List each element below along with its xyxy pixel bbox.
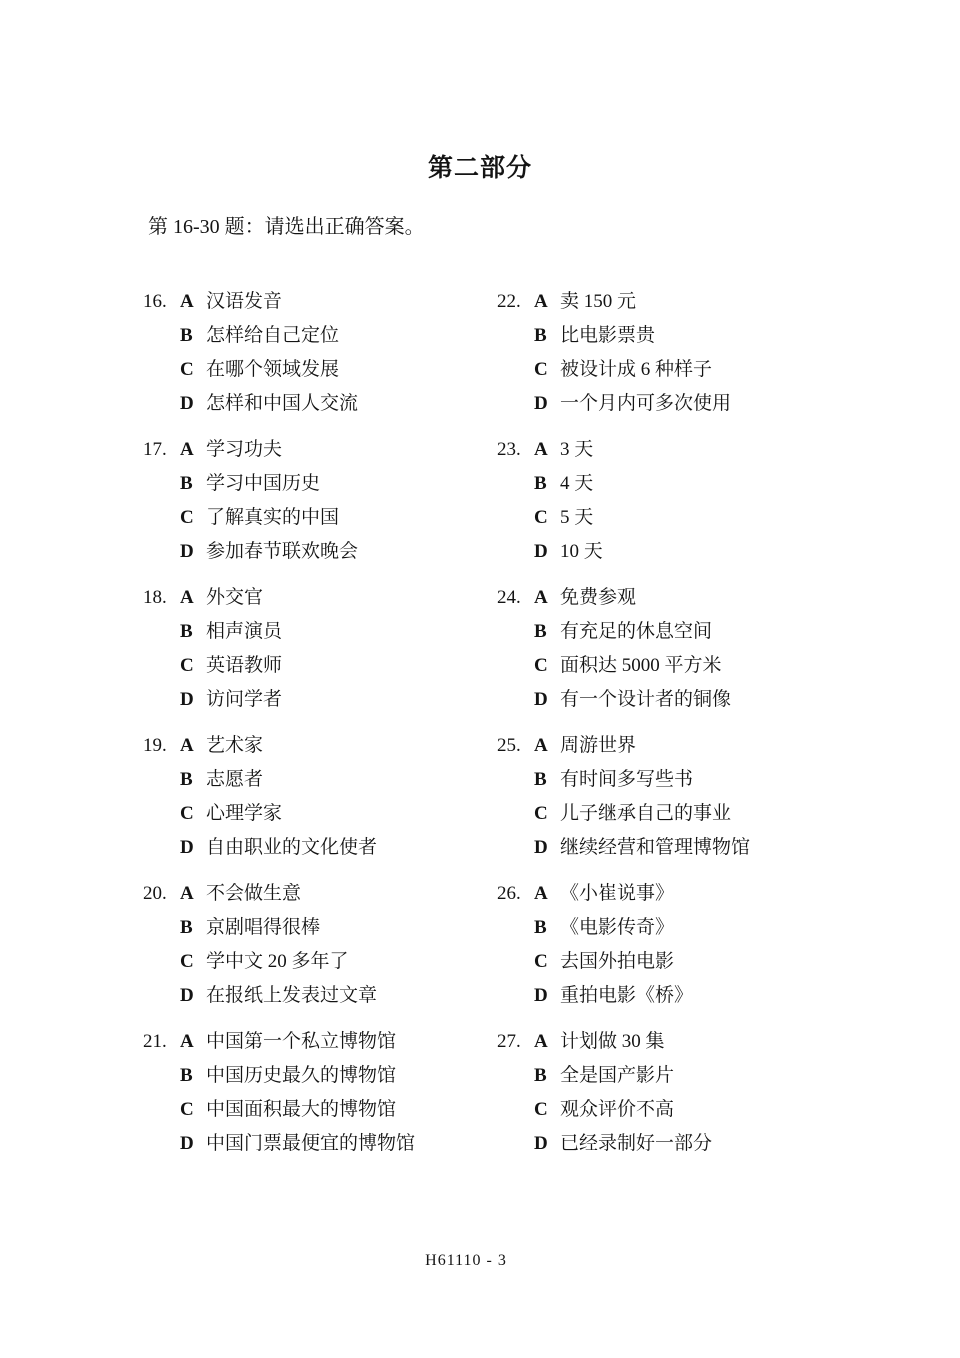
option-letter: A bbox=[180, 729, 206, 763]
option-letter: B bbox=[534, 911, 560, 945]
option-letter: D bbox=[534, 387, 560, 421]
section-title: 第二部分 bbox=[0, 0, 960, 184]
question-19: 19.A艺术家B志愿者C心理学家D自由职业的文化使者 bbox=[143, 729, 497, 865]
question-number bbox=[497, 467, 534, 501]
option-line: B志愿者 bbox=[143, 763, 497, 797]
question-21: 21.A中国第一个私立博物馆B中国历史最久的博物馆C中国面积最大的博物馆D中国门… bbox=[143, 1025, 497, 1161]
option-line: D继续经营和管理博物馆 bbox=[497, 831, 960, 865]
option-letter: A bbox=[534, 433, 560, 467]
question-number: 20. bbox=[143, 877, 180, 911]
option-text: 有时间多写些书 bbox=[560, 763, 693, 797]
option-letter: C bbox=[180, 649, 206, 683]
option-line: C中国面积最大的博物馆 bbox=[143, 1093, 497, 1127]
exam-page: 第二部分 第 16-30 题：请选出正确答案。 16.A汉语发音B怎样给自己定位… bbox=[0, 0, 960, 1358]
option-line: D一个月内可多次使用 bbox=[497, 387, 960, 421]
option-text: 中国门票最便宜的博物馆 bbox=[206, 1127, 415, 1161]
option-line: C观众评价不高 bbox=[497, 1093, 960, 1127]
option-line: B怎样给自己定位 bbox=[143, 319, 497, 353]
option-text: 志愿者 bbox=[206, 763, 263, 797]
question-number bbox=[143, 467, 180, 501]
option-letter: D bbox=[180, 683, 206, 717]
option-line: B学习中国历史 bbox=[143, 467, 497, 501]
option-line: 20.A不会做生意 bbox=[143, 877, 497, 911]
option-line: 27.A计划做 30 集 bbox=[497, 1025, 960, 1059]
option-letter: A bbox=[180, 1025, 206, 1059]
option-text: 5 天 bbox=[560, 501, 593, 535]
option-letter: A bbox=[534, 285, 560, 319]
option-line: D自由职业的文化使者 bbox=[143, 831, 497, 865]
question-number: 26. bbox=[497, 877, 534, 911]
question-number bbox=[497, 763, 534, 797]
option-text: 中国第一个私立博物馆 bbox=[206, 1025, 396, 1059]
question-number bbox=[497, 501, 534, 535]
option-letter: B bbox=[534, 763, 560, 797]
question-number: 18. bbox=[143, 581, 180, 615]
option-letter: D bbox=[180, 831, 206, 865]
option-text: 怎样和中国人交流 bbox=[206, 387, 358, 421]
questions-column-right: 22.A卖 150 元B比电影票贵C被设计成 6 种样子D一个月内可多次使用23… bbox=[497, 285, 960, 1173]
option-text: 4 天 bbox=[560, 467, 593, 501]
option-line: C了解真实的中国 bbox=[143, 501, 497, 535]
question-number: 21. bbox=[143, 1025, 180, 1059]
option-text: 心理学家 bbox=[206, 797, 282, 831]
option-line: B京剧唱得很棒 bbox=[143, 911, 497, 945]
question-number: 19. bbox=[143, 729, 180, 763]
option-text: 继续经营和管理博物馆 bbox=[560, 831, 750, 865]
option-text: 访问学者 bbox=[206, 683, 282, 717]
option-line: 21.A中国第一个私立博物馆 bbox=[143, 1025, 497, 1059]
question-number bbox=[497, 1127, 534, 1161]
option-line: B相声演员 bbox=[143, 615, 497, 649]
question-number bbox=[143, 945, 180, 979]
option-line: D有一个设计者的铜像 bbox=[497, 683, 960, 717]
option-line: C学中文 20 多年了 bbox=[143, 945, 497, 979]
question-27: 27.A计划做 30 集B全是国产影片C观众评价不高D已经录制好一部分 bbox=[497, 1025, 960, 1161]
option-line: B4 天 bbox=[497, 467, 960, 501]
option-text: 艺术家 bbox=[206, 729, 263, 763]
question-number bbox=[143, 319, 180, 353]
option-letter: A bbox=[180, 877, 206, 911]
option-text: 学习功夫 bbox=[206, 433, 282, 467]
question-16: 16.A汉语发音B怎样给自己定位C在哪个领域发展D怎样和中国人交流 bbox=[143, 285, 497, 421]
option-text: 被设计成 6 种样子 bbox=[560, 353, 712, 387]
option-text: 周游世界 bbox=[560, 729, 636, 763]
option-line: B中国历史最久的博物馆 bbox=[143, 1059, 497, 1093]
option-text: 已经录制好一部分 bbox=[560, 1127, 712, 1161]
question-number bbox=[143, 649, 180, 683]
question-number bbox=[143, 1059, 180, 1093]
option-letter: C bbox=[534, 1093, 560, 1127]
option-letter: D bbox=[180, 387, 206, 421]
question-24: 24.A免费参观B有充足的休息空间C面积达 5000 平方米D有一个设计者的铜像 bbox=[497, 581, 960, 717]
option-line: C英语教师 bbox=[143, 649, 497, 683]
option-letter: A bbox=[534, 581, 560, 615]
option-text: 怎样给自己定位 bbox=[206, 319, 339, 353]
question-number bbox=[497, 1059, 534, 1093]
option-text: 英语教师 bbox=[206, 649, 282, 683]
question-25: 25.A周游世界B有时间多写些书C儿子继承自己的事业D继续经营和管理博物馆 bbox=[497, 729, 960, 865]
option-text: 学习中国历史 bbox=[206, 467, 320, 501]
option-line: C儿子继承自己的事业 bbox=[497, 797, 960, 831]
question-number: 22. bbox=[497, 285, 534, 319]
option-line: C在哪个领域发展 bbox=[143, 353, 497, 387]
option-text: 了解真实的中国 bbox=[206, 501, 339, 535]
option-letter: D bbox=[180, 979, 206, 1013]
option-letter: C bbox=[534, 797, 560, 831]
question-number bbox=[497, 979, 534, 1013]
option-line: 16.A汉语发音 bbox=[143, 285, 497, 319]
option-text: 卖 150 元 bbox=[560, 285, 636, 319]
option-text: 计划做 30 集 bbox=[560, 1025, 665, 1059]
question-number: 16. bbox=[143, 285, 180, 319]
option-text: 中国历史最久的博物馆 bbox=[206, 1059, 396, 1093]
option-text: 外交官 bbox=[206, 581, 263, 615]
option-line: B有充足的休息空间 bbox=[497, 615, 960, 649]
question-18: 18.A外交官B相声演员C英语教师D访问学者 bbox=[143, 581, 497, 717]
question-20: 20.A不会做生意B京剧唱得很棒C学中文 20 多年了D在报纸上发表过文章 bbox=[143, 877, 497, 1013]
question-number bbox=[143, 763, 180, 797]
option-letter: C bbox=[180, 945, 206, 979]
question-number bbox=[497, 649, 534, 683]
option-letter: D bbox=[534, 831, 560, 865]
option-text: 全是国产影片 bbox=[560, 1059, 674, 1093]
option-line: B《电影传奇》 bbox=[497, 911, 960, 945]
option-line: D怎样和中国人交流 bbox=[143, 387, 497, 421]
option-letter: D bbox=[180, 1127, 206, 1161]
option-line: D参加春节联欢晚会 bbox=[143, 535, 497, 569]
question-number bbox=[497, 387, 534, 421]
question-number bbox=[143, 797, 180, 831]
option-letter: C bbox=[180, 501, 206, 535]
question-number: 25. bbox=[497, 729, 534, 763]
option-letter: A bbox=[534, 1025, 560, 1059]
option-line: 26.A《小崔说事》 bbox=[497, 877, 960, 911]
option-line: B全是国产影片 bbox=[497, 1059, 960, 1093]
question-number bbox=[497, 831, 534, 865]
option-line: D已经录制好一部分 bbox=[497, 1127, 960, 1161]
option-text: 面积达 5000 平方米 bbox=[560, 649, 722, 683]
option-letter: B bbox=[534, 319, 560, 353]
option-letter: C bbox=[534, 649, 560, 683]
option-text: 一个月内可多次使用 bbox=[560, 387, 731, 421]
option-letter: D bbox=[534, 1127, 560, 1161]
question-number bbox=[497, 535, 534, 569]
question-number bbox=[497, 1093, 534, 1127]
option-letter: C bbox=[534, 945, 560, 979]
option-text: 免费参观 bbox=[560, 581, 636, 615]
option-letter: B bbox=[180, 615, 206, 649]
option-line: D10 天 bbox=[497, 535, 960, 569]
option-letter: B bbox=[180, 319, 206, 353]
option-line: 18.A外交官 bbox=[143, 581, 497, 615]
question-number bbox=[143, 501, 180, 535]
question-number bbox=[143, 1127, 180, 1161]
question-number bbox=[497, 683, 534, 717]
option-letter: B bbox=[534, 1059, 560, 1093]
question-number bbox=[497, 319, 534, 353]
option-text: 汉语发音 bbox=[206, 285, 282, 319]
option-line: 23.A3 天 bbox=[497, 433, 960, 467]
option-letter: C bbox=[534, 501, 560, 535]
question-number bbox=[143, 535, 180, 569]
option-letter: C bbox=[180, 1093, 206, 1127]
option-text: 观众评价不高 bbox=[560, 1093, 674, 1127]
option-letter: B bbox=[534, 615, 560, 649]
question-23: 23.A3 天B4 天C5 天D10 天 bbox=[497, 433, 960, 569]
question-number bbox=[143, 831, 180, 865]
option-text: 在哪个领域发展 bbox=[206, 353, 339, 387]
option-text: 不会做生意 bbox=[206, 877, 301, 911]
option-letter: A bbox=[180, 581, 206, 615]
option-letter: A bbox=[180, 433, 206, 467]
page-footer-code: H61110 - 3 bbox=[0, 1252, 960, 1270]
option-line: 22.A卖 150 元 bbox=[497, 285, 960, 319]
option-text: 参加春节联欢晚会 bbox=[206, 535, 358, 569]
option-text: 自由职业的文化使者 bbox=[206, 831, 377, 865]
option-line: C面积达 5000 平方米 bbox=[497, 649, 960, 683]
question-number bbox=[497, 615, 534, 649]
option-text: 重拍电影《桥》 bbox=[560, 979, 693, 1013]
question-17: 17.A学习功夫B学习中国历史C了解真实的中国D参加春节联欢晚会 bbox=[143, 433, 497, 569]
question-number bbox=[497, 945, 534, 979]
option-line: C去国外拍电影 bbox=[497, 945, 960, 979]
question-number bbox=[143, 979, 180, 1013]
option-text: 京剧唱得很棒 bbox=[206, 911, 320, 945]
option-line: C5 天 bbox=[497, 501, 960, 535]
option-line: C心理学家 bbox=[143, 797, 497, 831]
option-letter: D bbox=[534, 535, 560, 569]
option-letter: D bbox=[534, 979, 560, 1013]
question-number bbox=[497, 797, 534, 831]
option-text: 10 天 bbox=[560, 535, 603, 569]
option-letter: C bbox=[180, 353, 206, 387]
option-letter: C bbox=[534, 353, 560, 387]
option-line: 17.A学习功夫 bbox=[143, 433, 497, 467]
option-line: D重拍电影《桥》 bbox=[497, 979, 960, 1013]
question-number: 17. bbox=[143, 433, 180, 467]
option-text: 3 天 bbox=[560, 433, 593, 467]
option-letter: C bbox=[180, 797, 206, 831]
question-number: 23. bbox=[497, 433, 534, 467]
option-text: 儿子继承自己的事业 bbox=[560, 797, 731, 831]
option-line: D访问学者 bbox=[143, 683, 497, 717]
question-number bbox=[143, 1093, 180, 1127]
option-text: 中国面积最大的博物馆 bbox=[206, 1093, 396, 1127]
option-text: 学中文 20 多年了 bbox=[206, 945, 349, 979]
option-text: 比电影票贵 bbox=[560, 319, 655, 353]
option-text: 在报纸上发表过文章 bbox=[206, 979, 377, 1013]
option-letter: B bbox=[180, 763, 206, 797]
option-line: 19.A艺术家 bbox=[143, 729, 497, 763]
option-line: D中国门票最便宜的博物馆 bbox=[143, 1127, 497, 1161]
option-letter: B bbox=[180, 911, 206, 945]
option-text: 《电影传奇》 bbox=[560, 911, 674, 945]
question-number bbox=[143, 615, 180, 649]
option-line: B有时间多写些书 bbox=[497, 763, 960, 797]
option-text: 有一个设计者的铜像 bbox=[560, 683, 731, 717]
option-text: 相声演员 bbox=[206, 615, 282, 649]
option-line: 24.A免费参观 bbox=[497, 581, 960, 615]
option-letter: B bbox=[180, 467, 206, 501]
option-text: 去国外拍电影 bbox=[560, 945, 674, 979]
option-letter: A bbox=[180, 285, 206, 319]
option-line: D在报纸上发表过文章 bbox=[143, 979, 497, 1013]
option-letter: D bbox=[180, 535, 206, 569]
option-letter: A bbox=[534, 877, 560, 911]
option-line: B比电影票贵 bbox=[497, 319, 960, 353]
question-22: 22.A卖 150 元B比电影票贵C被设计成 6 种样子D一个月内可多次使用 bbox=[497, 285, 960, 421]
question-number bbox=[143, 353, 180, 387]
question-number bbox=[143, 683, 180, 717]
option-letter: B bbox=[180, 1059, 206, 1093]
questions-column-left: 16.A汉语发音B怎样给自己定位C在哪个领域发展D怎样和中国人交流17.A学习功… bbox=[143, 285, 497, 1173]
question-number: 24. bbox=[497, 581, 534, 615]
question-26: 26.A《小崔说事》B《电影传奇》C去国外拍电影D重拍电影《桥》 bbox=[497, 877, 960, 1013]
questions-grid: 16.A汉语发音B怎样给自己定位C在哪个领域发展D怎样和中国人交流17.A学习功… bbox=[0, 285, 960, 1173]
option-line: C被设计成 6 种样子 bbox=[497, 353, 960, 387]
question-number bbox=[143, 911, 180, 945]
option-letter: B bbox=[534, 467, 560, 501]
option-letter: D bbox=[534, 683, 560, 717]
question-number: 27. bbox=[497, 1025, 534, 1059]
option-line: 25.A周游世界 bbox=[497, 729, 960, 763]
option-text: 《小崔说事》 bbox=[560, 877, 674, 911]
option-letter: A bbox=[534, 729, 560, 763]
question-number bbox=[143, 387, 180, 421]
question-number bbox=[497, 911, 534, 945]
option-text: 有充足的休息空间 bbox=[560, 615, 712, 649]
question-number bbox=[497, 353, 534, 387]
instructions-text: 第 16-30 题：请选出正确答案。 bbox=[148, 210, 960, 239]
